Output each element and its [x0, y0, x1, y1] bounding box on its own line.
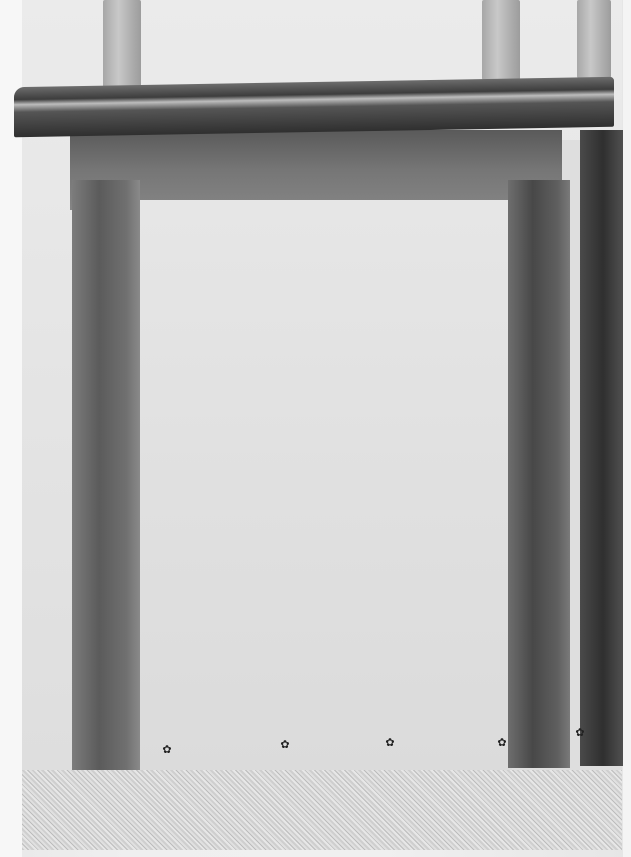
- walled-up-opening: [126, 200, 512, 772]
- right-pillar: [580, 130, 626, 766]
- flower-icon: ✿: [280, 740, 290, 750]
- photo-border-right: [623, 0, 631, 857]
- upper-stone-post-right: [577, 0, 611, 78]
- flower-icon: ✿: [162, 745, 172, 755]
- left-door-jamb: [72, 180, 140, 777]
- upper-stone-post-middle: [482, 0, 520, 80]
- flower-icon: ✿: [497, 738, 507, 748]
- right-door-jamb: [508, 180, 570, 768]
- gravel-ground: [22, 770, 622, 850]
- stone-lintel: [70, 130, 562, 210]
- stone-cornice: [14, 77, 614, 137]
- flower-icon: ✿: [575, 728, 585, 738]
- photograph: ✿ ✿ ✿ ✿ ✿: [0, 0, 631, 857]
- flower-icon: ✿: [385, 738, 395, 748]
